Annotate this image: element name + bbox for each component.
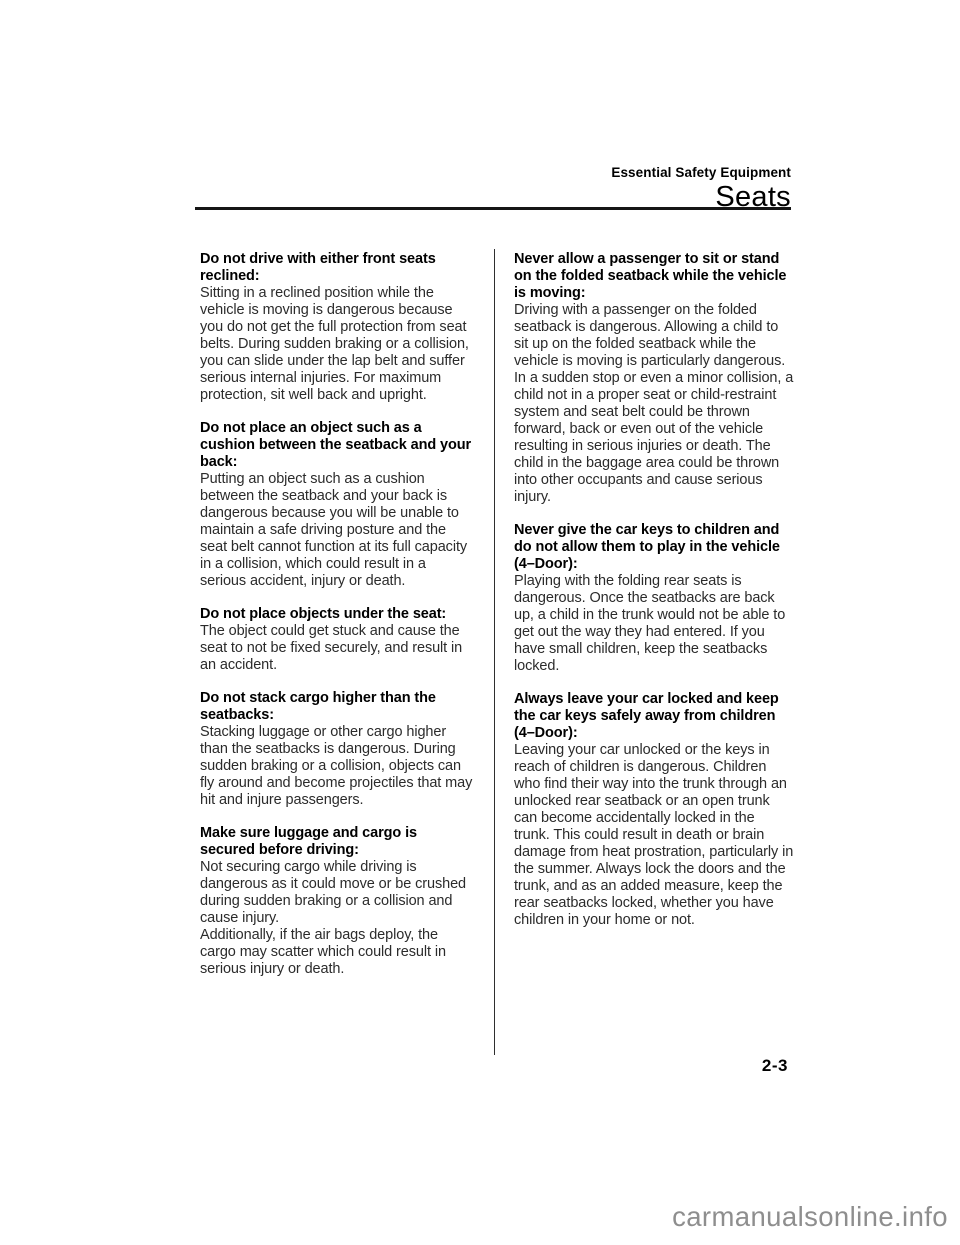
warning-heading: Never give the car keys to children and … [514, 522, 794, 573]
warning-block: Always leave your car locked and keep th… [514, 691, 794, 929]
warning-heading: Do not place an object such as a cushion… [200, 420, 474, 471]
warning-paragraph: Stacking luggage or other cargo higher t… [200, 724, 474, 809]
warning-block: Never allow a passenger to sit or stand … [514, 251, 794, 506]
warning-paragraph: The object could get stuck and cause the… [200, 623, 474, 674]
section-label: Essential Safety Equipment [195, 165, 791, 182]
warning-paragraph: Playing with the folding rear seats is d… [514, 573, 794, 675]
warning-heading: Do not stack cargo higher than the seatb… [200, 690, 474, 724]
warning-block: Do not stack cargo higher than the seatb… [200, 690, 474, 809]
warning-paragraph: Leaving your car unlocked or the keys in… [514, 742, 794, 929]
warning-block: Do not place objects under the seat:The … [200, 606, 474, 674]
warning-heading: Do not place objects under the seat: [200, 606, 474, 623]
warning-heading: Do not drive with either front seats rec… [200, 251, 474, 285]
right-column: Never allow a passenger to sit or stand … [514, 251, 794, 945]
warning-paragraph: Not securing cargo while driving is dang… [200, 859, 474, 927]
page-header: Essential Safety Equipment Seats [195, 165, 791, 212]
page-number: 2-3 [195, 1056, 788, 1076]
warning-paragraph: Sitting in a reclined position while the… [200, 285, 474, 404]
left-column: Do not drive with either front seats rec… [200, 251, 474, 994]
column-divider [494, 249, 495, 1055]
header-rule [195, 207, 791, 210]
warning-heading: Make sure luggage and cargo is secured b… [200, 825, 474, 859]
warning-block: Do not place an object such as a cushion… [200, 420, 474, 590]
warning-paragraph: Driving with a passenger on the folded s… [514, 302, 794, 506]
warning-paragraph: Putting an object such as a cushion betw… [200, 471, 474, 590]
warning-block: Make sure luggage and cargo is secured b… [200, 825, 474, 978]
warning-block: Do not drive with either front seats rec… [200, 251, 474, 404]
watermark: carmanualsonline.info [672, 1201, 948, 1233]
warning-heading: Never allow a passenger to sit or stand … [514, 251, 794, 302]
warning-paragraph: Additionally, if the air bags deploy, th… [200, 927, 474, 978]
warning-heading: Always leave your car locked and keep th… [514, 691, 794, 742]
warning-block: Never give the car keys to children and … [514, 522, 794, 675]
